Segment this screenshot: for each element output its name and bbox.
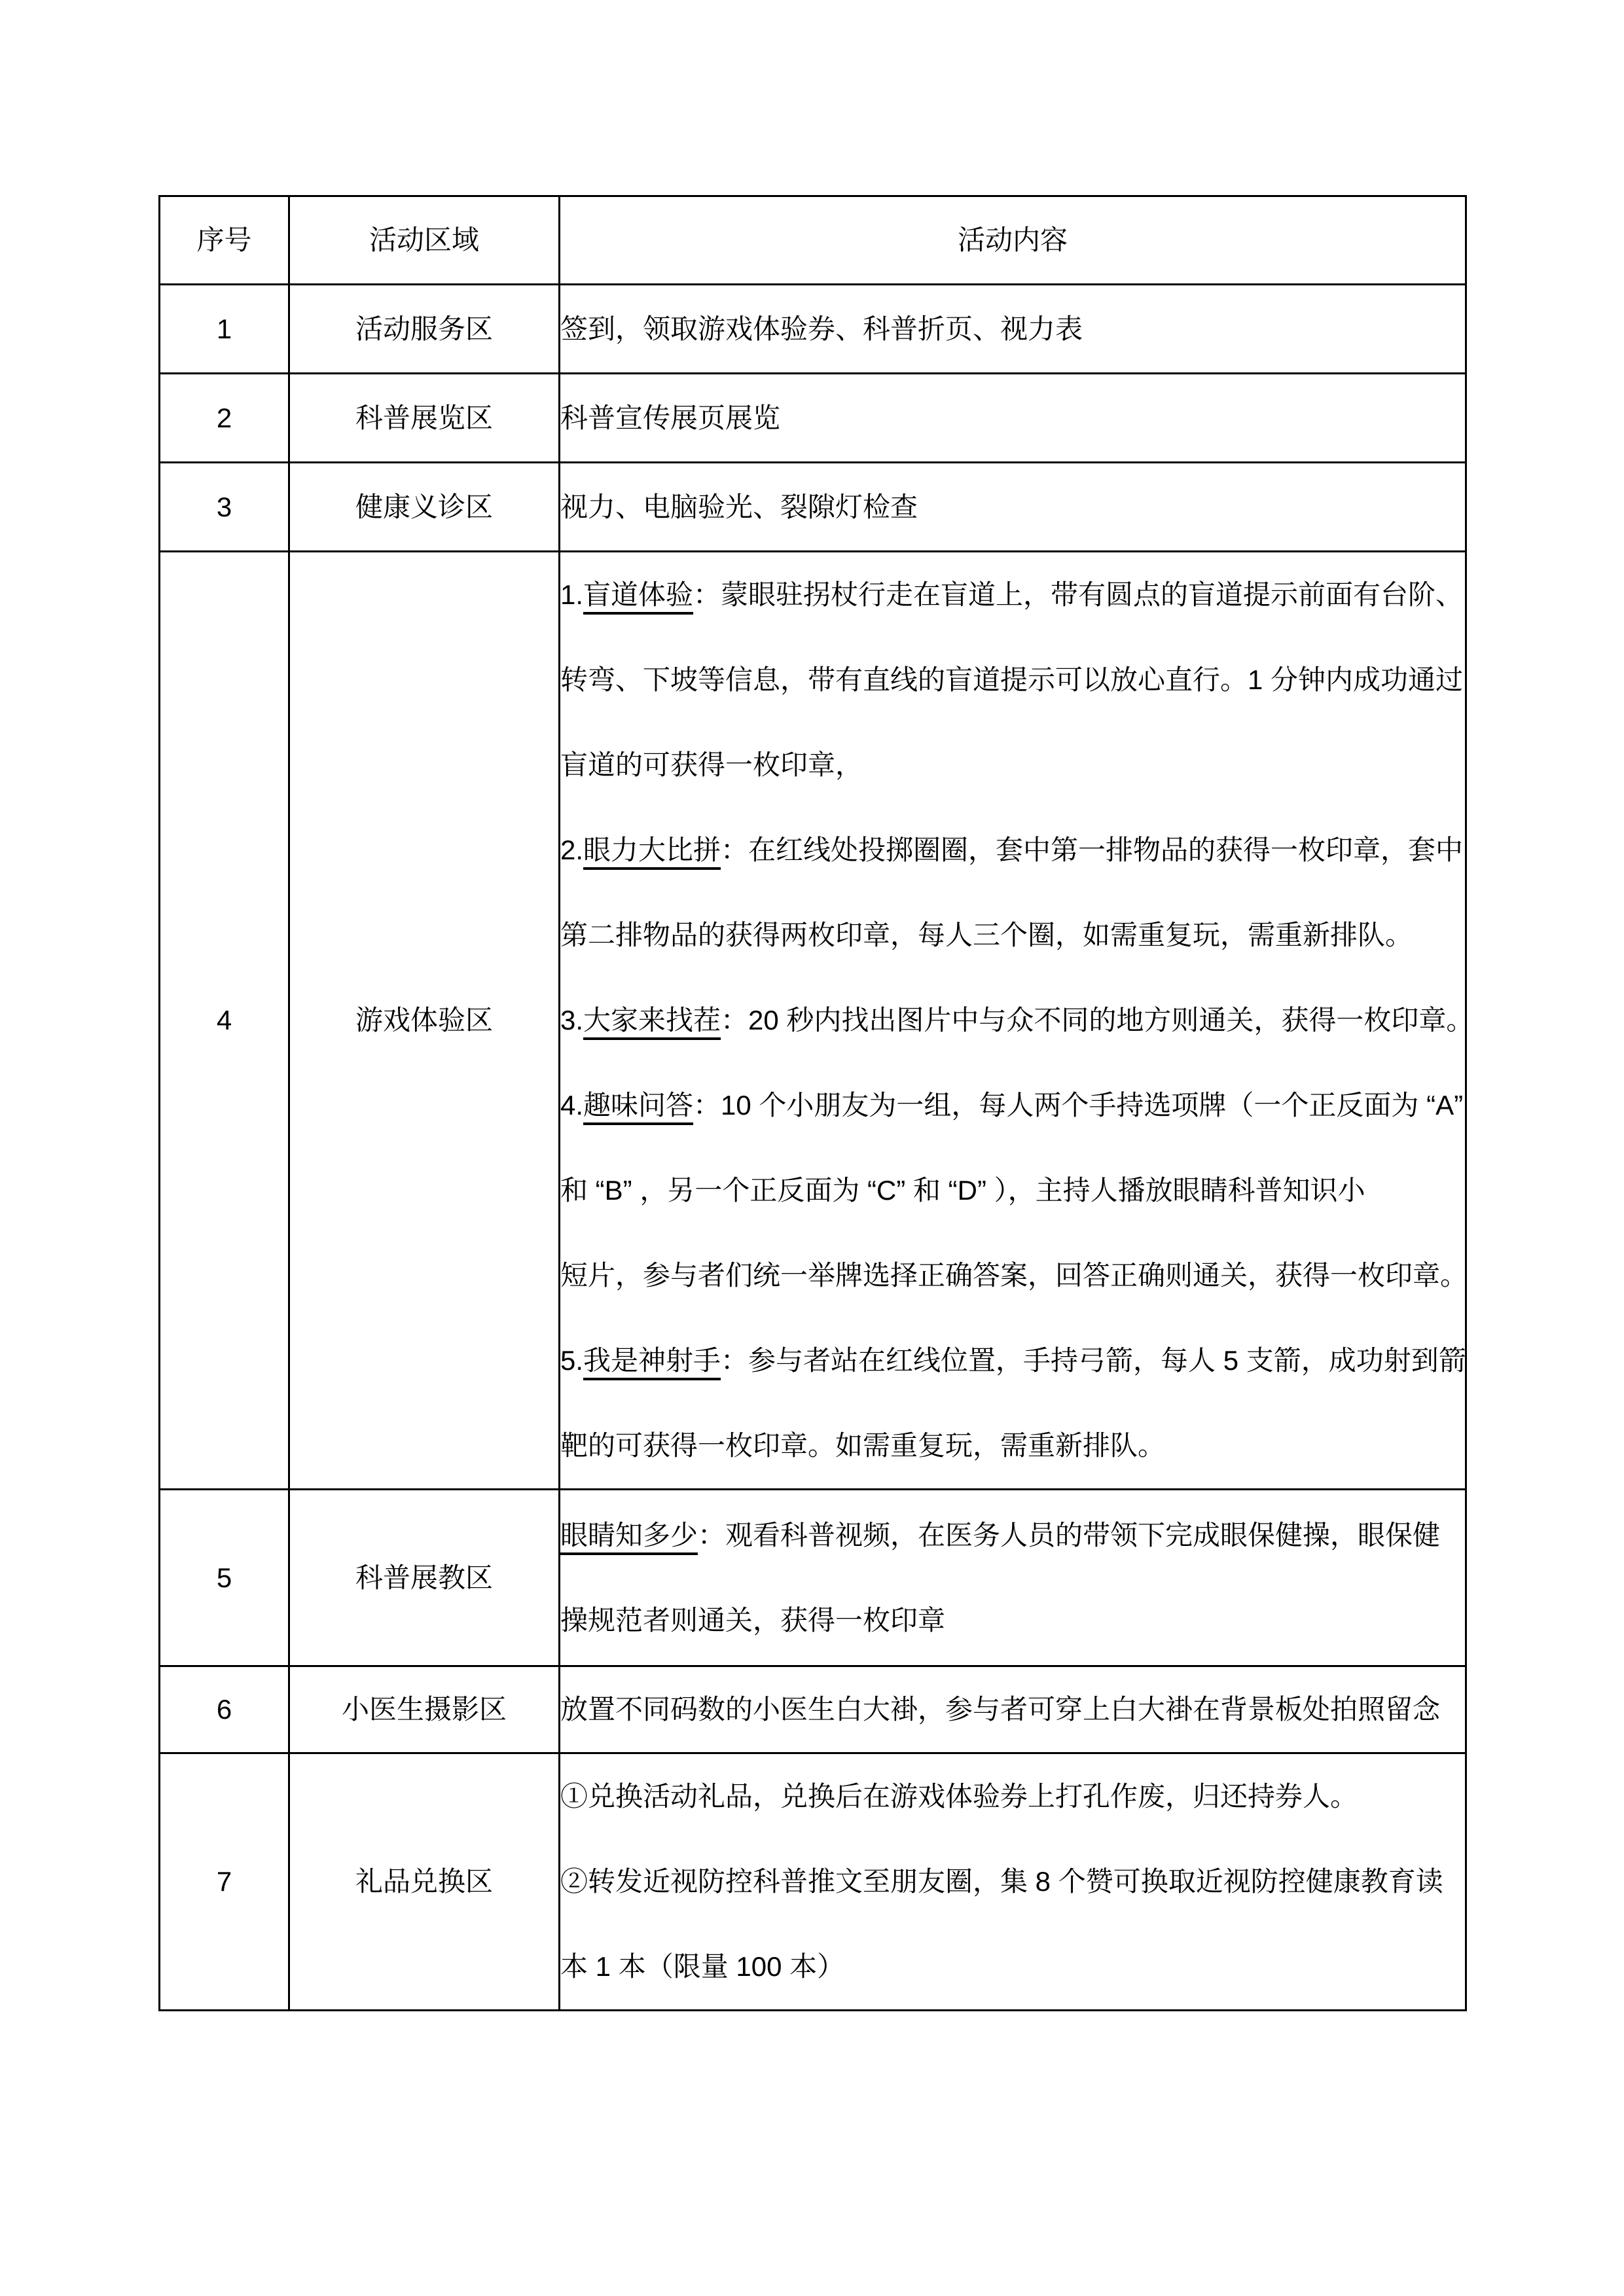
table-row: 7 礼品兑换区 ①兑换活动礼品，兑换后在游戏体验券上打孔作废，归还持券人。②转发… xyxy=(160,1753,1466,2011)
document-page: 序号 活动区域 活动内容 1 活动服务区 签到，领取游戏体验券、科普折页、视力表… xyxy=(0,0,1624,2296)
row-number: 5 xyxy=(160,1490,289,1666)
row-number: 2 xyxy=(160,374,289,463)
text-segment: 科普宣传展页展览 xyxy=(560,403,780,433)
text-segment: 5. xyxy=(560,1345,583,1376)
text-segment: 转弯、下坡等信息，带有直线的盲道提示可以放心直行。1 分钟内成功通过 xyxy=(560,664,1463,695)
text-line: 盲道的可获得一枚印章， xyxy=(560,723,1465,808)
underlined-title: 眼力大比拼 xyxy=(583,834,721,865)
row-content: 放置不同码数的小医生白大褂，参与者可穿上白大褂在背景板处拍照留念 xyxy=(560,1666,1466,1753)
row-area: 小医生摄影区 xyxy=(289,1666,560,1753)
text-segment: 第二排物品的获得两枚印章，每人三个圈，如需重复玩，需重新排队。 xyxy=(560,920,1413,950)
row-content: 视力、电脑验光、裂隙灯检查 xyxy=(560,463,1466,552)
row-number: 6 xyxy=(160,1666,289,1753)
row-content: 1.盲道体验：蒙眼驻拐杖行走在盲道上，带有圆点的盲道提示前面有台阶、转弯、下坡等… xyxy=(560,552,1466,1490)
activity-schedule-table: 序号 活动区域 活动内容 1 活动服务区 签到，领取游戏体验券、科普折页、视力表… xyxy=(158,195,1467,2011)
text-line: 短片，参与者们统一举牌选择正确答案，回答正确则通关，获得一枚印章。 xyxy=(560,1233,1465,1318)
row-content: 签到，领取游戏体验券、科普折页、视力表 xyxy=(560,285,1466,374)
text-segment: 2. xyxy=(560,834,583,865)
text-line: 靶的可获得一枚印章。如需重复玩，需重新排队。 xyxy=(560,1403,1465,1488)
text-segment: 签到，领取游戏体验券、科普折页、视力表 xyxy=(560,314,1083,344)
underlined-title: 我是神射手 xyxy=(583,1345,721,1376)
text-line: 科普宣传展页展览 xyxy=(560,376,1465,461)
row-area: 健康义诊区 xyxy=(289,463,560,552)
table-row: 1 活动服务区 签到，领取游戏体验券、科普折页、视力表 xyxy=(160,285,1466,374)
column-header-area: 活动区域 xyxy=(289,196,560,285)
text-segment: ：20 秒内找出图片中与众不同的地方则通关，获得一枚印章。 xyxy=(721,1005,1466,1035)
row-number: 3 xyxy=(160,463,289,552)
text-segment: ：参与者站在红线位置，手持弓箭，每人 5 支箭，成功射到箭 xyxy=(721,1345,1466,1376)
row-area: 活动服务区 xyxy=(289,285,560,374)
text-line: ②转发近视防控科普推文至朋友圈，集 8 个赞可换取近视防控健康教育读 xyxy=(560,1839,1465,1924)
text-segment: 操规范者则通关，获得一枚印章 xyxy=(560,1605,945,1636)
text-segment: ：蒙眼驻拐杖行走在盲道上，带有圆点的盲道提示前面有台阶、 xyxy=(693,579,1463,610)
table-row: 6 小医生摄影区 放置不同码数的小医生白大褂，参与者可穿上白大褂在背景板处拍照留… xyxy=(160,1666,1466,1753)
text-line: 操规范者则通关，获得一枚印章 xyxy=(560,1578,1465,1663)
text-line: 3.大家来找茬：20 秒内找出图片中与众不同的地方则通关，获得一枚印章。 xyxy=(560,978,1465,1063)
row-number: 4 xyxy=(160,552,289,1490)
text-segment: ：观看科普视频，在医务人员的带领下完成眼保健操，眼保健 xyxy=(698,1520,1440,1551)
row-content: 科普宣传展页展览 xyxy=(560,374,1466,463)
column-header-content: 活动内容 xyxy=(560,196,1466,285)
text-line: 签到，领取游戏体验券、科普折页、视力表 xyxy=(560,287,1465,372)
text-segment: 靶的可获得一枚印章。如需重复玩，需重新排队。 xyxy=(560,1430,1165,1461)
text-line: 2.眼力大比拼：在红线处投掷圈圈，套中第一排物品的获得一枚印章，套中 xyxy=(560,808,1465,893)
text-segment: 短片，参与者们统一举牌选择正确答案，回答正确则通关，获得一枚印章。 xyxy=(560,1260,1466,1291)
text-line: 放置不同码数的小医生白大褂，参与者可穿上白大褂在背景板处拍照留念 xyxy=(560,1667,1465,1752)
text-segment: 3. xyxy=(560,1005,583,1035)
text-line: 本 1 本（限量 100 本） xyxy=(560,1924,1465,2009)
text-segment: 视力、电脑验光、裂隙灯检查 xyxy=(560,492,918,522)
text-segment: 4. xyxy=(560,1090,583,1121)
row-area: 科普展览区 xyxy=(289,374,560,463)
underlined-title: 盲道体验 xyxy=(583,579,693,610)
text-line: 5.我是神射手：参与者站在红线位置，手持弓箭，每人 5 支箭，成功射到箭 xyxy=(560,1318,1465,1403)
row-number: 7 xyxy=(160,1753,289,2011)
row-number: 1 xyxy=(160,285,289,374)
row-content: 眼睛知多少：观看科普视频，在医务人员的带领下完成眼保健操，眼保健操规范者则通关，… xyxy=(560,1490,1466,1666)
column-header-no: 序号 xyxy=(160,196,289,285)
table-row: 3 健康义诊区 视力、电脑验光、裂隙灯检查 xyxy=(160,463,1466,552)
table-row: 2 科普展览区 科普宣传展页展览 xyxy=(160,374,1466,463)
text-segment: 本 1 本（限量 100 本） xyxy=(560,1951,844,1982)
text-segment: 和 “B” ，另一个正反面为 “C” 和 “D” ），主持人播放眼睛科普知识小 xyxy=(560,1175,1365,1206)
text-line: 转弯、下坡等信息，带有直线的盲道提示可以放心直行。1 分钟内成功通过 xyxy=(560,637,1465,723)
text-segment: ②转发近视防控科普推文至朋友圈，集 8 个赞可换取近视防控健康教育读 xyxy=(560,1866,1443,1897)
text-line: 和 “B” ，另一个正反面为 “C” 和 “D” ），主持人播放眼睛科普知识小 xyxy=(560,1148,1465,1233)
text-line: 1.盲道体验：蒙眼驻拐杖行走在盲道上，带有圆点的盲道提示前面有台阶、 xyxy=(560,552,1465,637)
row-area: 礼品兑换区 xyxy=(289,1753,560,2011)
text-line: 4.趣味问答：10 个小朋友为一组，每人两个手持选项牌（一个正反面为 “A” xyxy=(560,1063,1465,1148)
text-segment: ：10 个小朋友为一组，每人两个手持选项牌（一个正反面为 “A” xyxy=(693,1090,1463,1121)
text-segment: ：在红线处投掷圈圈，套中第一排物品的获得一枚印章，套中 xyxy=(721,834,1463,865)
header-row: 序号 活动区域 活动内容 xyxy=(160,196,1466,285)
table-row: 5 科普展教区 眼睛知多少：观看科普视频，在医务人员的带领下完成眼保健操，眼保健… xyxy=(160,1490,1466,1666)
text-line: 第二排物品的获得两枚印章，每人三个圈，如需重复玩，需重新排队。 xyxy=(560,893,1465,978)
row-area: 科普展教区 xyxy=(289,1490,560,1666)
text-segment: ①兑换活动礼品，兑换后在游戏体验券上打孔作废，归还持券人。 xyxy=(560,1781,1358,1812)
text-segment: 盲道的可获得一枚印章， xyxy=(560,749,863,780)
row-content: ①兑换活动礼品，兑换后在游戏体验券上打孔作废，归还持券人。②转发近视防控科普推文… xyxy=(560,1753,1466,2011)
table-row: 4 游戏体验区 1.盲道体验：蒙眼驻拐杖行走在盲道上，带有圆点的盲道提示前面有台… xyxy=(160,552,1466,1490)
underlined-title: 趣味问答 xyxy=(583,1090,693,1121)
text-line: ①兑换活动礼品，兑换后在游戏体验券上打孔作废，归还持券人。 xyxy=(560,1754,1465,1839)
text-line: 视力、电脑验光、裂隙灯检查 xyxy=(560,465,1465,550)
text-segment: 1. xyxy=(560,579,583,610)
row-area: 游戏体验区 xyxy=(289,552,560,1490)
text-segment: 放置不同码数的小医生白大褂，参与者可穿上白大褂在背景板处拍照留念 xyxy=(560,1694,1440,1725)
text-line: 眼睛知多少：观看科普视频，在医务人员的带领下完成眼保健操，眼保健 xyxy=(560,1493,1465,1578)
underlined-title: 大家来找茬 xyxy=(583,1005,721,1035)
underlined-title: 眼睛知多少 xyxy=(560,1520,698,1551)
